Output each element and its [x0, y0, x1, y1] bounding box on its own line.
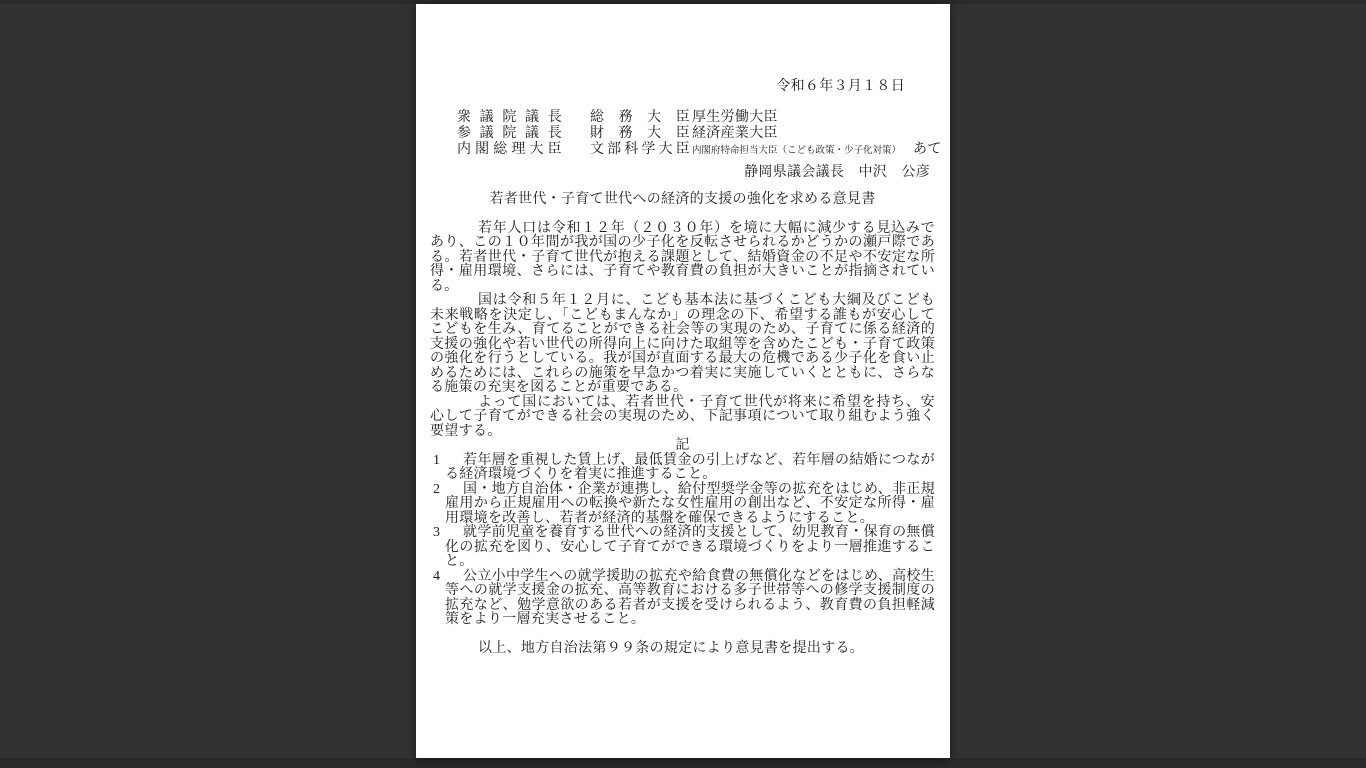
item-number: 3	[433, 526, 463, 541]
item-number: 2	[433, 483, 463, 498]
list-item: 1若年層を重視した賃上げ、最低賃金の引上げなど、若年層の結婚につながる経済環境づ…	[430, 454, 935, 483]
addressee-row: 内閣総理大臣 文部科学大臣 内閣府特命担当大臣（こども政策・少子化対策）あて	[430, 142, 935, 158]
list-item: 3就学前児童を養育する世代への経済的支援として、幼児教育・保育の無償化の拡充を図…	[430, 526, 935, 570]
addressee-row: 衆 議 院 議 長 総 務 大 臣 厚生労働大臣	[430, 110, 935, 126]
document-date: 令和６年３月１８日	[430, 80, 935, 95]
item-text: 国・地方自治体・企業が連携し、給付型奨学金等の拡充をはじめ、非正規雇用から正規雇…	[445, 482, 935, 526]
addressee-name: 参 議 院 議 長	[457, 126, 562, 142]
addressee-name: 財 務 大 臣	[590, 126, 690, 142]
addressee-name-small: 内閣府特命担当大臣（こども政策・少子化対策）	[692, 146, 901, 156]
sender-signature: 静岡県議会議長 中沢 公彦	[430, 166, 935, 181]
addressee-block: 衆 議 院 議 長 総 務 大 臣 厚生労働大臣 参 議 院 議 長 財 務 大…	[430, 110, 935, 158]
closing-statement: 以上、地方自治法第９９条の規定により意見書を提出する。	[430, 642, 935, 657]
addressee-suffix: あて	[913, 142, 942, 157]
document-title: 若者世代・子育て世代への経済的支援の強化を求める意見書	[430, 193, 935, 208]
addressee-row: 参 議 院 議 長 財 務 大 臣 経済産業大臣	[430, 126, 935, 142]
addressee-name-group: 内閣府特命担当大臣（こども政策・少子化対策）あて	[692, 142, 942, 159]
paragraph: 国は令和５年１２月に、こども基本法に基づくこども大綱及びこども未来戦略を決定し、…	[430, 294, 935, 396]
list-item: 4公立小中学生への就学援助の拡充や給食費の無償化などをはじめ、高校生等への就学支…	[430, 570, 935, 628]
viewer-bottom-strip	[0, 758, 1366, 768]
addressee-name: 文部科学大臣	[590, 142, 690, 158]
addressee-name: 総 務 大 臣	[590, 110, 690, 126]
pdf-viewer-background: 令和６年３月１８日 衆 議 院 議 長 総 務 大 臣 厚生労働大臣 参 議 院…	[0, 0, 1366, 768]
addressee-name: 経済産業大臣	[692, 126, 778, 142]
addressee-name: 内閣総理大臣	[457, 142, 562, 158]
document-page: 令和６年３月１８日 衆 議 院 議 長 総 務 大 臣 厚生労働大臣 参 議 院…	[416, 4, 950, 758]
item-number: 1	[433, 454, 463, 469]
item-text: 公立小中学生への就学援助の拡充や給食費の無償化などをはじめ、高校生等への就学支援…	[445, 569, 935, 628]
ki-heading: 記	[430, 439, 935, 454]
item-text: 就学前児童を養育する世代への経済的支援として、幼児教育・保育の無償化の拡充を図り…	[445, 525, 935, 569]
item-text: 若年層を重視した賃上げ、最低賃金の引上げなど、若年層の結婚につながる経済環境づく…	[445, 453, 935, 483]
addressee-name: 衆 議 院 議 長	[457, 110, 562, 126]
addressee-name: 厚生労働大臣	[692, 110, 778, 126]
item-number: 4	[433, 570, 463, 585]
list-item: 2国・地方自治体・企業が連携し、給付型奨学金等の拡充をはじめ、非正規雇用から正規…	[430, 483, 935, 527]
paragraph: よって国においては、若者世代・子育て世代が将来に希望を持ち、安心して子育てができ…	[430, 396, 935, 440]
paragraph: 若年人口は令和１２年（２０３０年）を境に大幅に減少する見込みであり、この１０年間…	[430, 222, 935, 295]
document-body: 若年人口は令和１２年（２０３０年）を境に大幅に減少する見込みであり、この１０年間…	[430, 222, 935, 657]
